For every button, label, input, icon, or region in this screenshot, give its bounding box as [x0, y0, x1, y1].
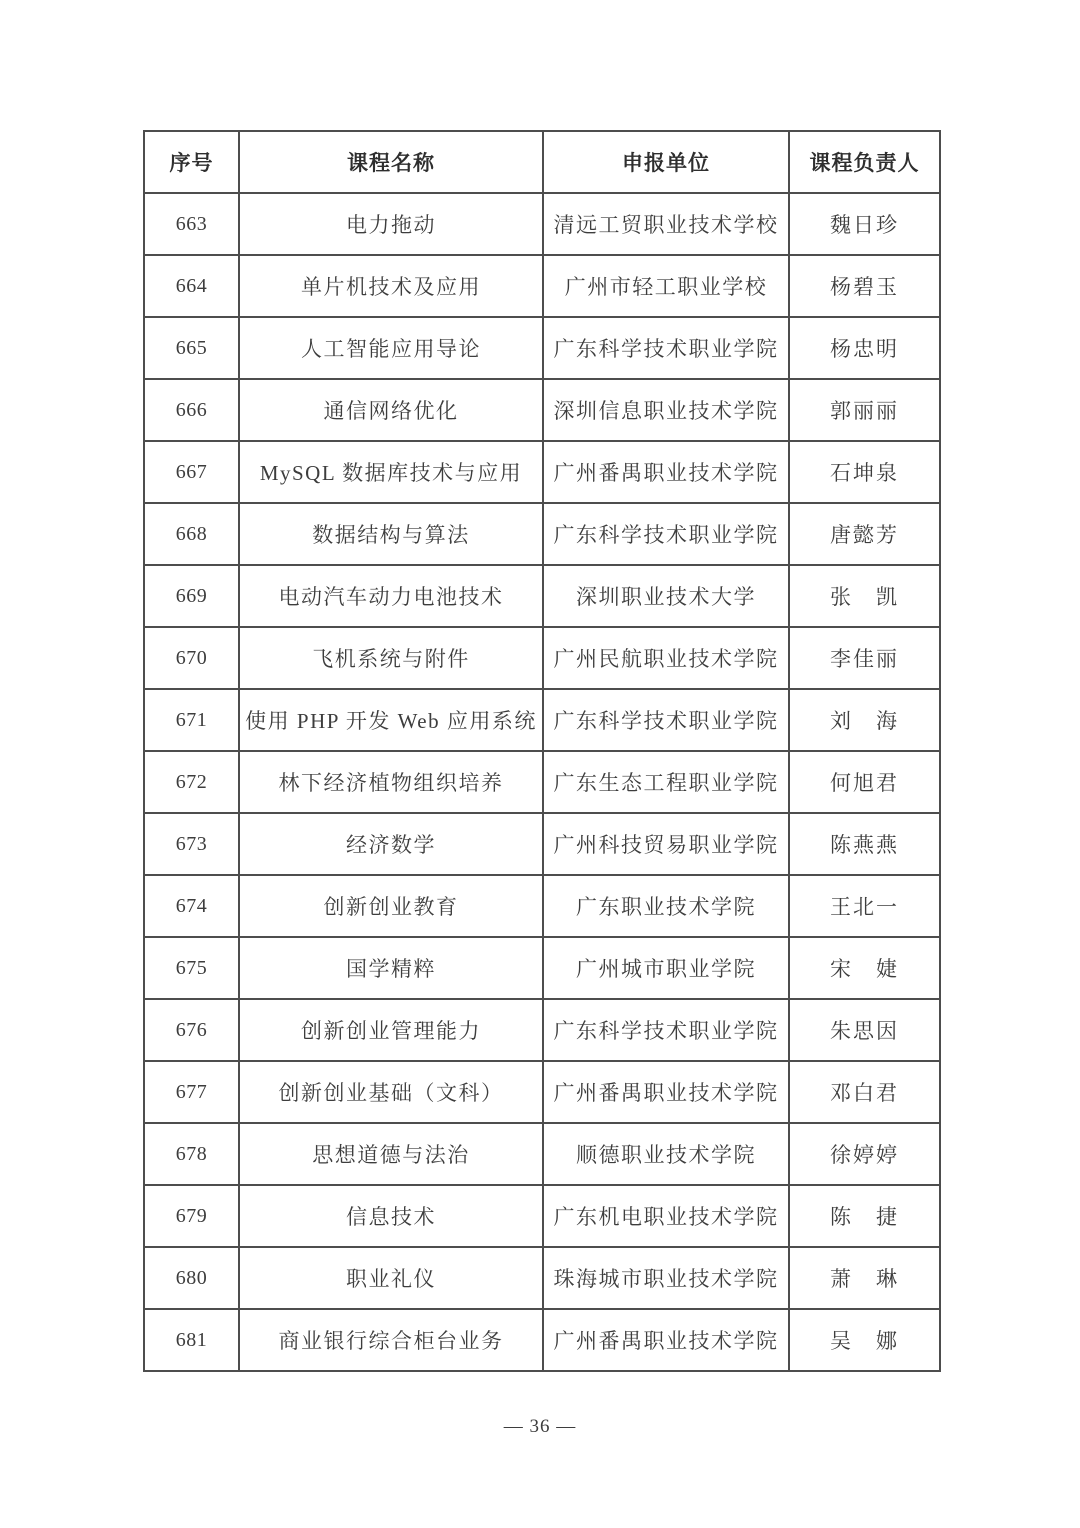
- row-index-cell: 664: [144, 255, 239, 317]
- course-name-cell: 人工智能应用导论: [239, 317, 543, 379]
- table-row: 678思想道德与法治顺德职业技术学院徐婷婷: [144, 1123, 940, 1185]
- document-page: 序号 课程名称 申报单位 课程负责人 663电力拖动清远工贸职业技术学校魏日珍6…: [0, 0, 1080, 1528]
- row-index-cell: 680: [144, 1247, 239, 1309]
- org-name-cell: 广东科学技术职业学院: [543, 689, 789, 751]
- table-row: 664单片机技术及应用广州市轻工职业学校杨碧玉: [144, 255, 940, 317]
- leader-name-cell: 陈燕燕: [789, 813, 940, 875]
- org-name-cell: 珠海城市职业技术学院: [543, 1247, 789, 1309]
- table-row: 668数据结构与算法广东科学技术职业学院唐懿芳: [144, 503, 940, 565]
- leader-name-cell: 朱思因: [789, 999, 940, 1061]
- course-name-cell: 单片机技术及应用: [239, 255, 543, 317]
- org-name-cell: 广东生态工程职业学院: [543, 751, 789, 813]
- table-row: 665人工智能应用导论广东科学技术职业学院杨忠明: [144, 317, 940, 379]
- course-name-cell: 商业银行综合柜台业务: [239, 1309, 543, 1371]
- leader-name-cell: 唐懿芳: [789, 503, 940, 565]
- row-index-cell: 666: [144, 379, 239, 441]
- leader-name-cell: 石坤泉: [789, 441, 940, 503]
- course-name-cell: 电力拖动: [239, 193, 543, 255]
- course-name-cell: 经济数学: [239, 813, 543, 875]
- leader-name-cell: 郭丽丽: [789, 379, 940, 441]
- row-index-cell: 673: [144, 813, 239, 875]
- table-row: 680职业礼仪珠海城市职业技术学院萧 琳: [144, 1247, 940, 1309]
- table-row: 679信息技术广东机电职业技术学院陈 捷: [144, 1185, 940, 1247]
- course-name-cell: 创新创业管理能力: [239, 999, 543, 1061]
- leader-name-cell: 魏日珍: [789, 193, 940, 255]
- org-name-cell: 广东科学技术职业学院: [543, 317, 789, 379]
- table-row: 676创新创业管理能力广东科学技术职业学院朱思因: [144, 999, 940, 1061]
- org-name-cell: 广州市轻工职业学校: [543, 255, 789, 317]
- row-index-cell: 669: [144, 565, 239, 627]
- org-name-cell: 广东职业技术学院: [543, 875, 789, 937]
- course-name-cell: 数据结构与算法: [239, 503, 543, 565]
- table-row: 667MySQL 数据库技术与应用广州番禺职业技术学院石坤泉: [144, 441, 940, 503]
- org-name-cell: 深圳信息职业技术学院: [543, 379, 789, 441]
- row-index-cell: 677: [144, 1061, 239, 1123]
- leader-name-cell: 宋 婕: [789, 937, 940, 999]
- org-name-cell: 广东机电职业技术学院: [543, 1185, 789, 1247]
- row-index-cell: 670: [144, 627, 239, 689]
- col-header-leader: 课程负责人: [789, 131, 940, 193]
- table-row: 681商业银行综合柜台业务广州番禺职业技术学院吴 娜: [144, 1309, 940, 1371]
- leader-name-cell: 杨忠明: [789, 317, 940, 379]
- course-name-cell: MySQL 数据库技术与应用: [239, 441, 543, 503]
- row-index-cell: 667: [144, 441, 239, 503]
- row-index-cell: 663: [144, 193, 239, 255]
- row-index-cell: 674: [144, 875, 239, 937]
- course-table: 序号 课程名称 申报单位 课程负责人 663电力拖动清远工贸职业技术学校魏日珍6…: [143, 130, 941, 1372]
- row-index-cell: 681: [144, 1309, 239, 1371]
- org-name-cell: 广州科技贸易职业学院: [543, 813, 789, 875]
- course-name-cell: 使用 PHP 开发 Web 应用系统: [239, 689, 543, 751]
- col-header-org: 申报单位: [543, 131, 789, 193]
- col-header-course-name: 课程名称: [239, 131, 543, 193]
- org-name-cell: 广东科学技术职业学院: [543, 999, 789, 1061]
- leader-name-cell: 王北一: [789, 875, 940, 937]
- course-name-cell: 职业礼仪: [239, 1247, 543, 1309]
- page-number: — 36 —: [0, 1416, 1080, 1438]
- leader-name-cell: 杨碧玉: [789, 255, 940, 317]
- row-index-cell: 678: [144, 1123, 239, 1185]
- table-row: 666通信网络优化深圳信息职业技术学院郭丽丽: [144, 379, 940, 441]
- course-name-cell: 创新创业基础（文科）: [239, 1061, 543, 1123]
- course-name-cell: 思想道德与法治: [239, 1123, 543, 1185]
- course-name-cell: 通信网络优化: [239, 379, 543, 441]
- table-row: 669电动汽车动力电池技术深圳职业技术大学张 凯: [144, 565, 940, 627]
- org-name-cell: 广东科学技术职业学院: [543, 503, 789, 565]
- table-row: 677创新创业基础（文科）广州番禺职业技术学院邓白君: [144, 1061, 940, 1123]
- leader-name-cell: 何旭君: [789, 751, 940, 813]
- table-row: 671使用 PHP 开发 Web 应用系统广东科学技术职业学院刘 海: [144, 689, 940, 751]
- row-index-cell: 668: [144, 503, 239, 565]
- row-index-cell: 672: [144, 751, 239, 813]
- table-row: 673经济数学广州科技贸易职业学院陈燕燕: [144, 813, 940, 875]
- org-name-cell: 广州城市职业学院: [543, 937, 789, 999]
- table-row: 670飞机系统与附件广州民航职业技术学院李佳丽: [144, 627, 940, 689]
- leader-name-cell: 徐婷婷: [789, 1123, 940, 1185]
- org-name-cell: 广州民航职业技术学院: [543, 627, 789, 689]
- leader-name-cell: 陈 捷: [789, 1185, 940, 1247]
- row-index-cell: 676: [144, 999, 239, 1061]
- org-name-cell: 广州番禺职业技术学院: [543, 441, 789, 503]
- course-name-cell: 国学精粹: [239, 937, 543, 999]
- org-name-cell: 深圳职业技术大学: [543, 565, 789, 627]
- course-name-cell: 电动汽车动力电池技术: [239, 565, 543, 627]
- org-name-cell: 清远工贸职业技术学校: [543, 193, 789, 255]
- leader-name-cell: 刘 海: [789, 689, 940, 751]
- row-index-cell: 675: [144, 937, 239, 999]
- table-row: 672林下经济植物组织培养广东生态工程职业学院何旭君: [144, 751, 940, 813]
- course-name-cell: 信息技术: [239, 1185, 543, 1247]
- course-name-cell: 飞机系统与附件: [239, 627, 543, 689]
- row-index-cell: 671: [144, 689, 239, 751]
- leader-name-cell: 萧 琳: [789, 1247, 940, 1309]
- leader-name-cell: 邓白君: [789, 1061, 940, 1123]
- leader-name-cell: 李佳丽: [789, 627, 940, 689]
- leader-name-cell: 吴 娜: [789, 1309, 940, 1371]
- row-index-cell: 679: [144, 1185, 239, 1247]
- leader-name-cell: 张 凯: [789, 565, 940, 627]
- row-index-cell: 665: [144, 317, 239, 379]
- org-name-cell: 顺德职业技术学院: [543, 1123, 789, 1185]
- table-row: 663电力拖动清远工贸职业技术学校魏日珍: [144, 193, 940, 255]
- table-row: 674创新创业教育广东职业技术学院王北一: [144, 875, 940, 937]
- course-name-cell: 林下经济植物组织培养: [239, 751, 543, 813]
- table-body: 663电力拖动清远工贸职业技术学校魏日珍664单片机技术及应用广州市轻工职业学校…: [144, 193, 940, 1371]
- org-name-cell: 广州番禺职业技术学院: [543, 1309, 789, 1371]
- course-name-cell: 创新创业教育: [239, 875, 543, 937]
- col-header-index: 序号: [144, 131, 239, 193]
- table-row: 675国学精粹广州城市职业学院宋 婕: [144, 937, 940, 999]
- org-name-cell: 广州番禺职业技术学院: [543, 1061, 789, 1123]
- header-row: 序号 课程名称 申报单位 课程负责人: [144, 131, 940, 193]
